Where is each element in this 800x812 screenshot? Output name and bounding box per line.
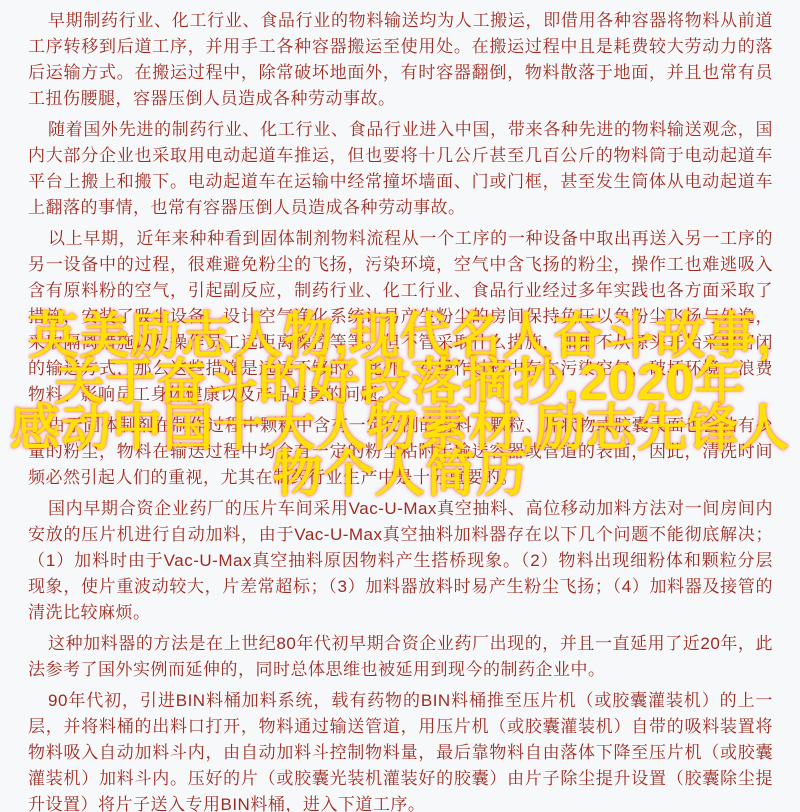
paragraph-bin-barrel-system: 90年代初，引进BIN料桶加料系统，载有药物的BIN料桶推至压片机（或胶囊灌装机… — [28, 688, 773, 812]
paragraph-cleaning-importance: 由于固体制剂在制作过程中颗粒中含有一定比例的粉料，颗粒、片状物或胶囊表面也会粘有… — [28, 413, 773, 491]
paragraph-foreign-industry-entry: 随着国外先进的制药行业、化工行业、食品行业进入中国，带来各种先进的物料输送观念，… — [28, 117, 773, 221]
article-page: 早期制药行业、化工行业、食品行业的物料输送均为人工搬运，即借用各种容器将物料从前… — [0, 0, 800, 812]
paragraph-dust-pollution-measures: 以上早期，近年来种种看到固体制剂物料流程从一个工序的一种设备中取出再送入另一工序… — [28, 226, 773, 408]
article-body: 早期制药行业、化工行业、食品行业的物料输送均为人工搬运，即借用各种容器将物料从前… — [0, 0, 800, 812]
paragraph-early-manual-transport: 早期制药行业、化工行业、食品行业的物料输送均为人工搬运，即借用各种容器将物料从前… — [28, 8, 773, 112]
paragraph-vac-u-max-problems: 国内早期合资企业药厂的压片车间采用Vac-U-Max真空抽料、高位移动加料方法对… — [28, 496, 773, 626]
paragraph-feeder-history: 这种加料器的方法是在上世纪80年代初早期合资企业药厂出现的，并且一直延用了近20… — [28, 631, 773, 683]
